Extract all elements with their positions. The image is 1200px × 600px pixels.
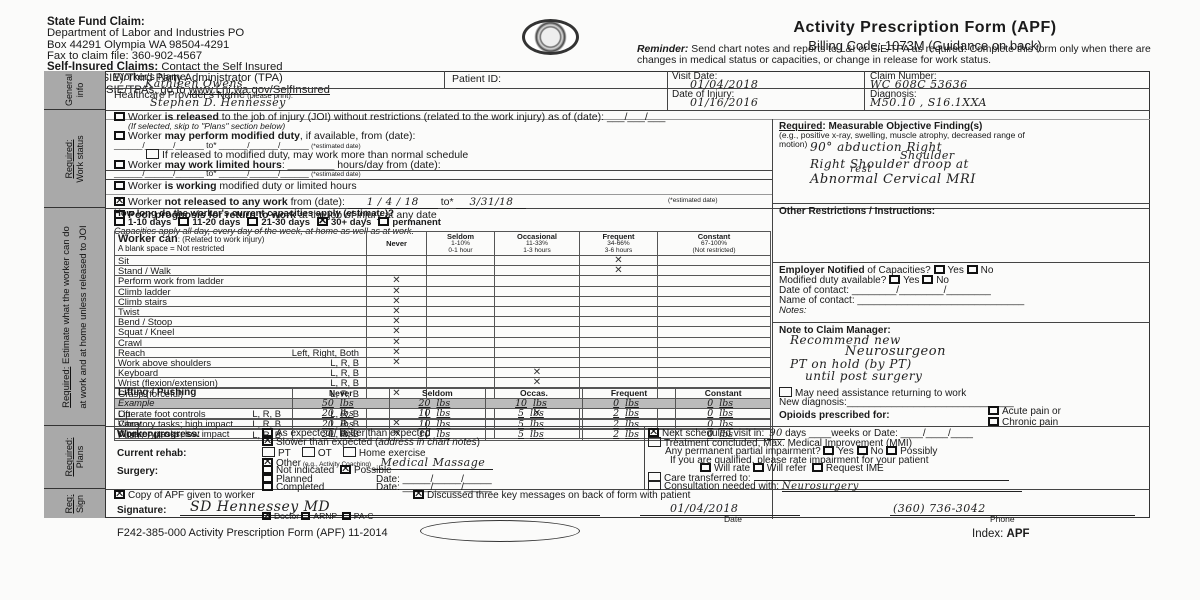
working-option: Worker is working modified duty or limit… <box>114 180 357 192</box>
activity-cell: Climb stairs <box>115 296 367 306</box>
frequency-cell[interactable] <box>580 378 658 388</box>
table-row: Twist✕ <box>115 306 771 316</box>
required-label: Required: <box>64 139 74 178</box>
frequency-cell[interactable] <box>427 276 495 286</box>
table-row: Squat / Kneel✕ <box>115 327 771 337</box>
lifting-value-cell[interactable]: 5lbs <box>486 430 583 441</box>
form-index: Index: APF <box>972 528 1030 540</box>
frequency-cell[interactable]: ✕ <box>367 317 427 327</box>
name-of-contact-field[interactable]: Name of contact: _______________________… <box>779 295 1024 306</box>
frequency-cell[interactable] <box>427 337 495 347</box>
discussed-checkbox[interactable] <box>413 490 424 499</box>
frequency-cell[interactable] <box>495 306 580 316</box>
frequency-cell[interactable] <box>658 317 771 327</box>
frequency-cell[interactable] <box>580 317 658 327</box>
surgery-completed-label: Completed <box>276 483 376 492</box>
frequency-cell[interactable] <box>580 337 658 347</box>
reminder-label: Reminder: <box>637 44 688 55</box>
frequency-cell[interactable] <box>427 378 495 388</box>
surgery-label: Surgery: <box>117 466 158 477</box>
section-general-info: Generalinfo <box>44 71 106 110</box>
frequency-cell[interactable] <box>658 368 771 378</box>
table-row: Bend / Stoop✕ <box>115 317 771 327</box>
section-label: Req:Sign <box>64 494 86 513</box>
hand-drawn-circle <box>420 520 580 542</box>
form-title: Activity Prescription Form (APF) <box>640 19 1150 37</box>
progress-label: Worker progress: <box>117 429 200 440</box>
frequency-cell[interactable]: ✕ <box>367 337 427 347</box>
frequency-cell[interactable] <box>580 347 658 357</box>
consultation-field[interactable]: Neurosurgery <box>782 482 1022 492</box>
activity-cell: Work above shouldersL, R, B <box>115 357 367 367</box>
opioid-options: Acute pain orChronic pain <box>988 406 1061 428</box>
phone-field[interactable]: (360) 736-3042 <box>893 502 986 515</box>
discussed-text: Discussed three key messages on back of … <box>427 490 690 501</box>
lbs-value: 20 <box>322 408 334 419</box>
frequency-cell[interactable] <box>658 347 771 357</box>
frequency-cell[interactable] <box>367 266 427 276</box>
column-pct: 67-100% <box>659 240 769 247</box>
frequency-cell[interactable] <box>658 286 771 296</box>
frequency-cell[interactable] <box>658 378 771 388</box>
released-checkbox[interactable] <box>114 112 125 121</box>
frequency-cell[interactable]: ✕ <box>367 306 427 316</box>
column-name: Never <box>368 240 425 247</box>
frequency-cell[interactable] <box>580 327 658 337</box>
opioids-label: Opioids prescribed for: <box>779 410 890 421</box>
frequency-cell[interactable] <box>658 276 771 286</box>
frequency-cell[interactable] <box>495 337 580 347</box>
lifting-value-cell[interactable]: 20lbs <box>389 398 486 409</box>
lbs-value: 5 <box>518 429 524 440</box>
side-label: L, R, B <box>330 358 363 367</box>
frequency-cell[interactable] <box>580 306 658 316</box>
lifting-value-cell[interactable]: 50lbs <box>293 398 390 409</box>
lifting-value-cell[interactable]: 10lbs <box>486 398 583 409</box>
lbs-value: 0 <box>707 398 713 409</box>
frequency-cell[interactable]: ✕ <box>367 296 427 306</box>
frequency-cell[interactable] <box>580 357 658 367</box>
frequency-cell[interactable] <box>427 347 495 357</box>
column-header-constant: Constant67-100%(Not restricted) <box>658 232 771 256</box>
lbs-value: 2 <box>613 408 619 419</box>
progress-slower-checkbox[interactable] <box>262 437 273 446</box>
lbs-unit: lbs <box>530 419 544 430</box>
lifting-value-cell[interactable]: 20lbs <box>293 409 390 420</box>
column-pct: 1-10% <box>428 240 493 247</box>
lifting-value-cell[interactable]: 0lbs <box>582 398 676 409</box>
other-restrictions-field[interactable] <box>779 218 1139 258</box>
lbs-value: 10 <box>515 398 527 409</box>
surgery-not-indicated-checkbox[interactable] <box>262 465 273 474</box>
modified-checkbox[interactable] <box>114 131 125 140</box>
credential-options: Doctor ARNP PA-C <box>262 511 373 521</box>
progress-slower-end: ) <box>477 437 480 448</box>
lbs-unit: lbs <box>625 429 639 440</box>
column-header-occasional: Occasional11-33%1-3 hours <box>495 232 580 256</box>
frequency-cell[interactable] <box>427 317 495 327</box>
frequency-cell[interactable] <box>495 276 580 286</box>
ppi-no-checkbox[interactable] <box>857 446 868 455</box>
rehab-label: Current rehab: <box>117 448 186 459</box>
working-checkbox[interactable] <box>114 181 125 190</box>
note-line: until post surgery <box>790 370 946 382</box>
frequency-cell[interactable] <box>427 357 495 367</box>
not-released-checkbox[interactable] <box>114 197 125 206</box>
section-title: at work and at home unless released to J… <box>78 225 89 408</box>
lbs-value: 50 <box>322 398 334 409</box>
table-row: Perform work from ladder✕ <box>115 276 771 286</box>
provider-name-field[interactable]: Stephen D. Hennessey <box>150 96 286 109</box>
frequency-cell[interactable] <box>427 306 495 316</box>
modified-no-checkbox[interactable] <box>922 275 933 284</box>
worker-can-subtitle: A blank space = Not restricted <box>118 244 225 253</box>
lbs-value: 5 <box>518 408 524 419</box>
frequency-cell[interactable]: ✕ <box>367 276 427 286</box>
lbs-unit: lbs <box>719 398 733 409</box>
consultation-checkbox[interactable] <box>648 480 661 490</box>
column-hours: 0-1 hour <box>428 247 493 254</box>
column-name: Constant <box>659 233 769 240</box>
frequency-cell[interactable] <box>658 327 771 337</box>
frequency-cell[interactable]: ✕ <box>580 256 658 266</box>
frequency-cell[interactable] <box>367 378 427 388</box>
activity-cell: Climb ladder <box>115 286 367 296</box>
lifting-value-cell[interactable]: 5lbs <box>486 409 583 420</box>
lifting-row: LiftL, R, B20lbs10lbs5lbs2lbs0lbs <box>115 409 771 420</box>
lbs-unit: lbs <box>533 398 547 409</box>
not-released-text: Worker <box>128 196 165 208</box>
table-row: Crawl✕ <box>115 337 771 347</box>
frequency-cell[interactable] <box>658 337 771 347</box>
not-released-bold: not released to any work <box>165 196 288 208</box>
frequency-cell[interactable] <box>495 256 580 266</box>
table-row: Climb ladder✕ <box>115 286 771 296</box>
diagnosis-field[interactable]: M50.10 , S16.1XXA <box>870 96 987 109</box>
lbs-unit: lbs <box>340 398 354 409</box>
table-row: Climb stairs✕ <box>115 296 771 306</box>
estimated-note: (*estimated date) <box>668 197 718 204</box>
frequency-cell[interactable]: ✕ <box>495 368 580 378</box>
worker-can-note: : (Related to work injury) <box>178 235 265 244</box>
working-text: Worker <box>128 180 165 192</box>
limited-dates: ______/______/______ to* ______/______/_… <box>114 168 361 178</box>
acute-pain-label: Acute pain or <box>1002 406 1061 417</box>
table-row: Wrist (flexion/extension)L, R, B✕ <box>115 378 771 388</box>
frequency-cell[interactable] <box>495 266 580 276</box>
required-label: Req: <box>64 494 74 513</box>
lbs-value: 2 <box>613 429 619 440</box>
lifting-value-cell[interactable]: 2lbs <box>582 409 676 420</box>
patient-id-label: Patient ID: <box>452 73 501 85</box>
activity-cell: ReachLeft, Right, Both <box>115 347 367 357</box>
activity-cell: Sit <box>115 256 367 266</box>
lifting-column-header: Occas. <box>486 389 583 399</box>
section-title: Estimate what the worker can do <box>61 226 72 364</box>
not-released-text-post: from (date): <box>288 196 345 208</box>
lifting-label-cell: Example <box>115 398 293 409</box>
section-label: Required: Estimate what the worker can d… <box>58 225 92 408</box>
table-row: Work above shouldersL, R, B✕ <box>115 357 771 367</box>
section-label: Required:Work status <box>64 135 86 182</box>
lbs-value: 0 <box>707 408 713 419</box>
table-row: ReachLeft, Right, Both✕ <box>115 347 771 357</box>
lbs-value: 0 <box>613 398 619 409</box>
lifting-value-cell[interactable]: 10lbs <box>389 409 486 420</box>
section-estimate: Required: Estimate what the worker can d… <box>44 208 106 426</box>
activity-cell: Crawl <box>115 337 367 347</box>
frequency-cell[interactable]: ✕ <box>367 286 427 296</box>
column-name: Seldom <box>428 233 493 240</box>
column-pct: 11-33% <box>496 240 578 247</box>
activity-cell: Bend / Stoop <box>115 317 367 327</box>
lifting-label: Example <box>118 397 154 408</box>
lbs-unit: lbs <box>436 408 450 419</box>
injury-date-field[interactable]: 01/16/2016 <box>690 96 758 109</box>
more-than-normal-checkbox[interactable] <box>146 149 159 159</box>
state-fund-line: Department of Labor and Industries PO <box>47 28 467 39</box>
activity-cell: KeyboardL, R, B <box>115 368 367 378</box>
lbs-unit: lbs <box>530 429 544 440</box>
side-label: Left, Right, Both <box>292 348 363 357</box>
frequency-cell[interactable] <box>367 256 427 266</box>
lbs-value: 20 <box>418 398 430 409</box>
column-header-never: Never <box>367 232 427 256</box>
frequency-cell[interactable] <box>367 368 427 378</box>
will-rate-checkbox[interactable] <box>700 463 711 472</box>
frequency-cell[interactable] <box>658 357 771 367</box>
modified-yes-checkbox[interactable] <box>889 275 900 284</box>
section-label: Generalinfo <box>64 74 86 106</box>
not-released-to-field[interactable]: 3/31/18 <box>456 196 526 209</box>
side-label: L, R, B <box>330 368 363 377</box>
capacity-checkbox[interactable] <box>378 217 389 226</box>
activity-cell: Twist <box>115 306 367 316</box>
required-label: Required: <box>64 437 74 476</box>
arnp-checkbox[interactable] <box>301 512 310 520</box>
lbs-value: 5 <box>518 419 524 430</box>
yes-label: Yes <box>948 265 964 276</box>
side-label: L, R, B <box>330 378 363 387</box>
capacity-checkbox[interactable] <box>317 217 328 226</box>
capacity-checkbox[interactable] <box>114 217 125 226</box>
lifting-label: Carry <box>118 418 141 429</box>
lifting-label: Lift <box>118 408 131 419</box>
limited-date-fields[interactable]: ______/______/______ to* ______/______/_… <box>114 168 309 178</box>
request-ime-checkbox[interactable] <box>812 463 823 472</box>
treatment-concluded-checkbox[interactable] <box>648 437 661 447</box>
lbs-unit: lbs <box>625 398 639 409</box>
lbs-unit: lbs <box>436 398 450 409</box>
assistance-checkbox[interactable] <box>779 387 792 397</box>
column-hours: (Not restricted) <box>659 247 769 254</box>
pac-label: PA-C <box>354 511 374 521</box>
frequency-cell[interactable] <box>495 347 580 357</box>
table-row: Stand / Walk✕ <box>115 266 771 276</box>
working-bold: is working <box>165 180 217 192</box>
pac-checkbox[interactable] <box>342 512 351 520</box>
signature-label: Signature: <box>117 505 166 516</box>
surgery-possible-checkbox[interactable] <box>340 465 351 474</box>
employer-yes-checkbox[interactable] <box>934 265 945 274</box>
lifting-row: Example50lbs20lbs10lbs0lbs0lbs <box>115 398 771 409</box>
section-title: Sign <box>75 494 85 512</box>
frequency-cell[interactable] <box>495 296 580 306</box>
lifting-column-header: Never <box>293 389 390 399</box>
index-label: Index: <box>972 528 1007 540</box>
frequency-cell[interactable] <box>427 286 495 296</box>
consultation-option: Consultation needed with: Neurosurgery <box>648 480 1022 492</box>
frequency-cell[interactable] <box>495 357 580 367</box>
ppi-possibly-checkbox[interactable] <box>886 446 897 455</box>
column-header-seldom: Seldom1-10%0-1 hour <box>427 232 495 256</box>
lbs-unit: lbs <box>436 419 450 430</box>
frequency-cell[interactable] <box>658 306 771 316</box>
activity-cell: Squat / Kneel <box>115 327 367 337</box>
surgery-completed-checkbox[interactable] <box>262 482 273 491</box>
column-header-frequent: Frequent34-66%3-6 hours <box>580 232 658 256</box>
will-refer-checkbox[interactable] <box>753 463 764 472</box>
capacity-checkbox[interactable] <box>178 217 189 226</box>
frequency-cell[interactable]: ✕ <box>495 378 580 388</box>
findings-text[interactable]: 90° abduction Right Shoulder Right Shoul… <box>810 141 976 186</box>
table-row: KeyboardL, R, B✕ <box>115 368 771 378</box>
phone-label: Phone <box>990 514 1015 524</box>
lbs-unit: lbs <box>530 408 544 419</box>
lifting-column-header: Constant <box>676 389 771 399</box>
column-pct: 34-66% <box>581 240 656 247</box>
lbs-value: 10 <box>418 408 430 419</box>
lbs-unit: lbs <box>719 408 733 419</box>
table-row: Sit✕ <box>115 256 771 266</box>
ppi-yes-checkbox[interactable] <box>823 446 834 455</box>
column-name: Frequent <box>581 233 656 240</box>
no-label: No <box>981 265 994 276</box>
date-label: Date <box>724 514 742 524</box>
frequency-cell[interactable] <box>580 276 658 286</box>
chronic-pain-label: Chronic pain <box>1002 417 1058 428</box>
reminder-text: Send chart notes and reports to L&I or S… <box>637 44 1151 66</box>
lbs-unit: lbs <box>340 408 354 419</box>
section-title: Plans <box>75 446 85 469</box>
frequency-cell[interactable] <box>427 256 495 266</box>
state-fund-title: State Fund Claim: <box>47 16 145 28</box>
lbs-unit: lbs <box>625 408 639 419</box>
reminder: Reminder: Send chart notes and reports t… <box>637 44 1152 66</box>
employer-no-checkbox[interactable] <box>967 265 978 274</box>
frequency-cell[interactable] <box>427 296 495 306</box>
frequency-cell[interactable] <box>580 296 658 306</box>
frequency-cell[interactable] <box>658 296 771 306</box>
lifting-value-cell[interactable]: 5lbs <box>486 419 583 430</box>
frequency-cell[interactable] <box>495 327 580 337</box>
section-sign: Req:Sign <box>44 489 106 518</box>
frequency-cell[interactable]: ✕ <box>580 266 658 276</box>
form-id: F242-385-000 Activity Prescription Form … <box>117 527 388 539</box>
frequency-cell[interactable]: ✕ <box>367 357 427 367</box>
discussed-option: Discussed three key messages on back of … <box>413 490 690 501</box>
next-visit-checkbox[interactable] <box>648 428 659 437</box>
arnp-label: ARNP <box>313 511 337 521</box>
frequency-cell[interactable] <box>427 327 495 337</box>
lifting-column-header: Frequent <box>582 389 676 399</box>
findings-line: Right Shoulder droop at <box>810 158 976 171</box>
notes-label: Notes: <box>779 305 806 316</box>
frequency-cell[interactable] <box>580 368 658 378</box>
lifting-value-cell[interactable]: 0lbs <box>676 398 771 409</box>
date-line <box>640 515 800 516</box>
capacity-checkbox[interactable] <box>247 217 258 226</box>
frequency-cell[interactable]: ✕ <box>367 327 427 337</box>
section-label: Required:Plans <box>64 437 86 476</box>
column-hours: 1-3 hours <box>496 247 578 254</box>
signature-line <box>180 515 600 516</box>
to-label: to* <box>441 196 454 208</box>
activity-cell: Perform work from ladder <box>115 276 367 286</box>
required-label: Required: <box>61 366 72 407</box>
findings-line: Abnormal Cervical MRI <box>810 173 976 186</box>
frequency-cell[interactable] <box>658 256 771 266</box>
released-date-field[interactable]: ___/___/___ <box>607 111 665 123</box>
frequency-cell[interactable] <box>427 368 495 378</box>
activity-cell: Stand / Walk <box>115 266 367 276</box>
frequency-cell[interactable]: ✕ <box>367 347 427 357</box>
column-hours: 3-6 hours <box>581 247 656 254</box>
worker-can-header: Worker can: (Related to work injury)A bl… <box>115 232 367 256</box>
lbs-unit: lbs <box>625 419 639 430</box>
section-title: Work status <box>75 135 85 182</box>
side-label: L, R, B <box>252 410 289 419</box>
frequency-cell[interactable] <box>427 266 495 276</box>
column-name: Occasional <box>496 233 578 240</box>
frequency-cell[interactable] <box>495 286 580 296</box>
other-restrictions-title: Other Restrictions / Instructions: <box>779 206 935 217</box>
estimated-note: (*estimated date) <box>311 171 361 178</box>
doctor-checkbox[interactable] <box>262 512 271 520</box>
chronic-pain-checkbox[interactable] <box>988 417 999 426</box>
state-seal-icon <box>522 19 579 55</box>
index-value: APF <box>1007 528 1030 540</box>
frequency-cell[interactable] <box>658 266 771 276</box>
frequency-cell[interactable] <box>580 286 658 296</box>
new-diagnosis-field[interactable]: New diagnosis:__________________________… <box>779 397 1014 408</box>
working-text-post: modified duty or limited hours <box>217 180 357 192</box>
frequency-cell[interactable] <box>495 317 580 327</box>
section-work-status: Required:Work status <box>44 110 106 208</box>
lifting-value-cell[interactable]: 0lbs <box>676 409 771 420</box>
claim-manager-note[interactable]: Recommend new Neurosurgeon PT on hold (b… <box>790 334 946 382</box>
section-plans: Required:Plans <box>44 426 106 489</box>
lifting-column-header: Seldom <box>389 389 486 399</box>
doctor-label: Doctor <box>274 511 299 521</box>
copy-given-checkbox[interactable] <box>114 490 125 499</box>
acute-pain-checkbox[interactable] <box>988 406 999 415</box>
lbs-value: 2 <box>613 419 619 430</box>
